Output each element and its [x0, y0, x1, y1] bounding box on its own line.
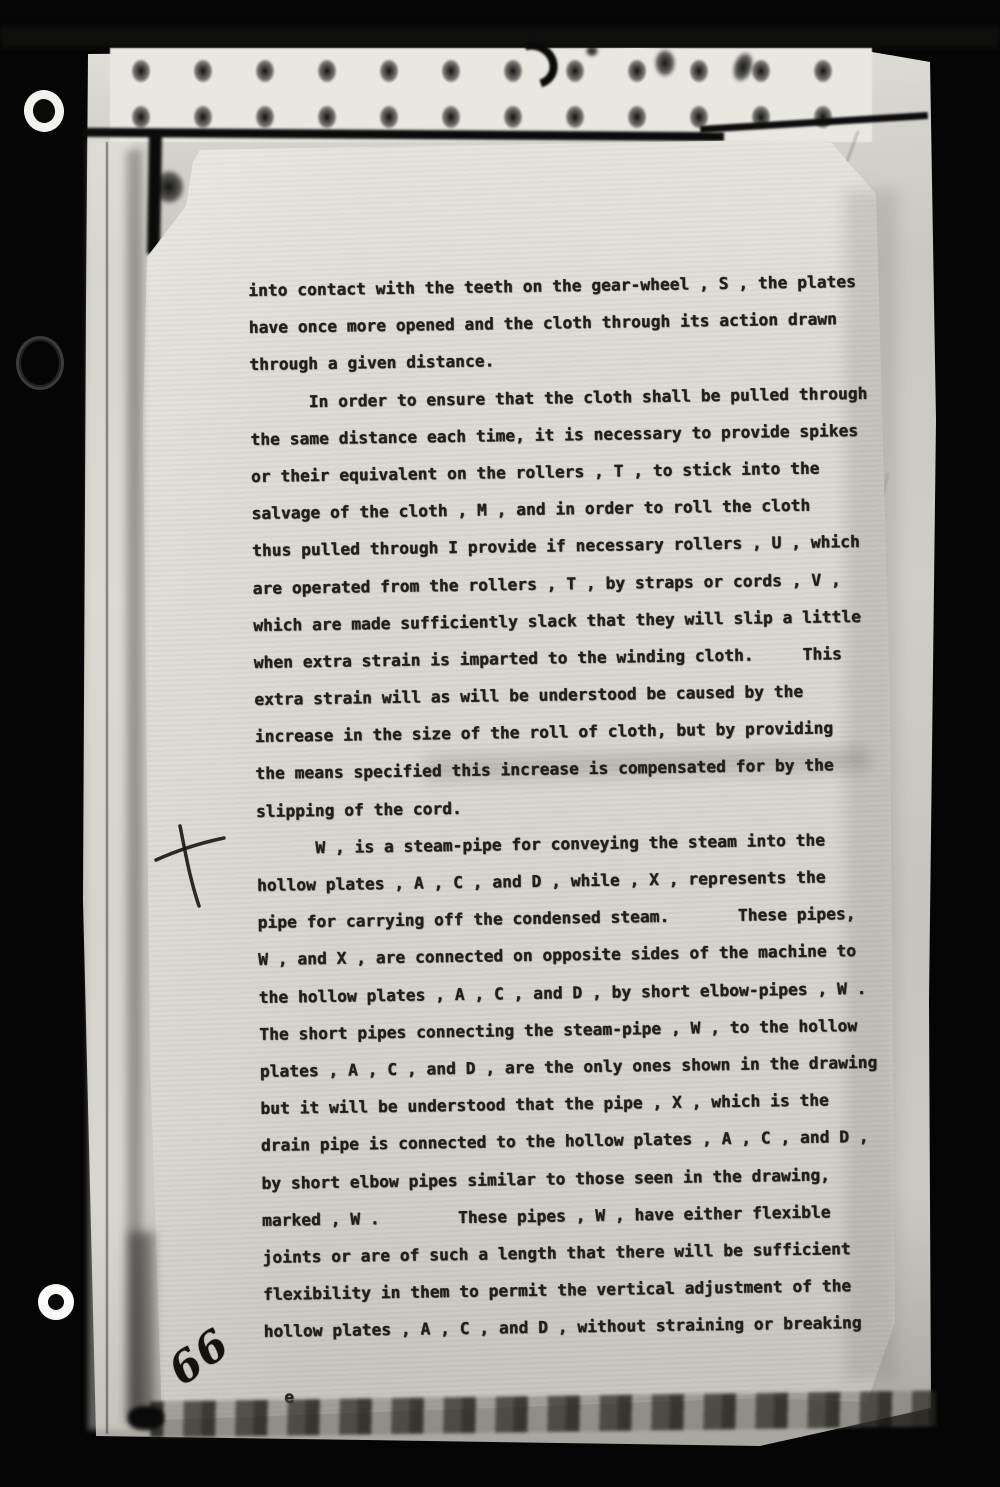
ink-blob [150, 166, 188, 208]
film-top-texture [0, 26, 1000, 48]
punch-hole-ring-bottom [38, 1284, 74, 1320]
typed-text: into contact with the teeth on the gear-… [248, 262, 925, 1416]
scanned-document-frame: into contact with the teeth on the gear-… [0, 0, 1000, 1487]
bottom-ink-blob [128, 1406, 164, 1430]
punch-hole-ring-top [21, 87, 68, 135]
film-scratch-line [106, 142, 108, 1434]
handwritten-x-mark [148, 818, 238, 918]
punch-hole-ring-ghost [16, 336, 64, 390]
ink-blob [652, 46, 678, 80]
ink-blob [584, 44, 600, 58]
page-left-smudge-dark [128, 1232, 154, 1420]
